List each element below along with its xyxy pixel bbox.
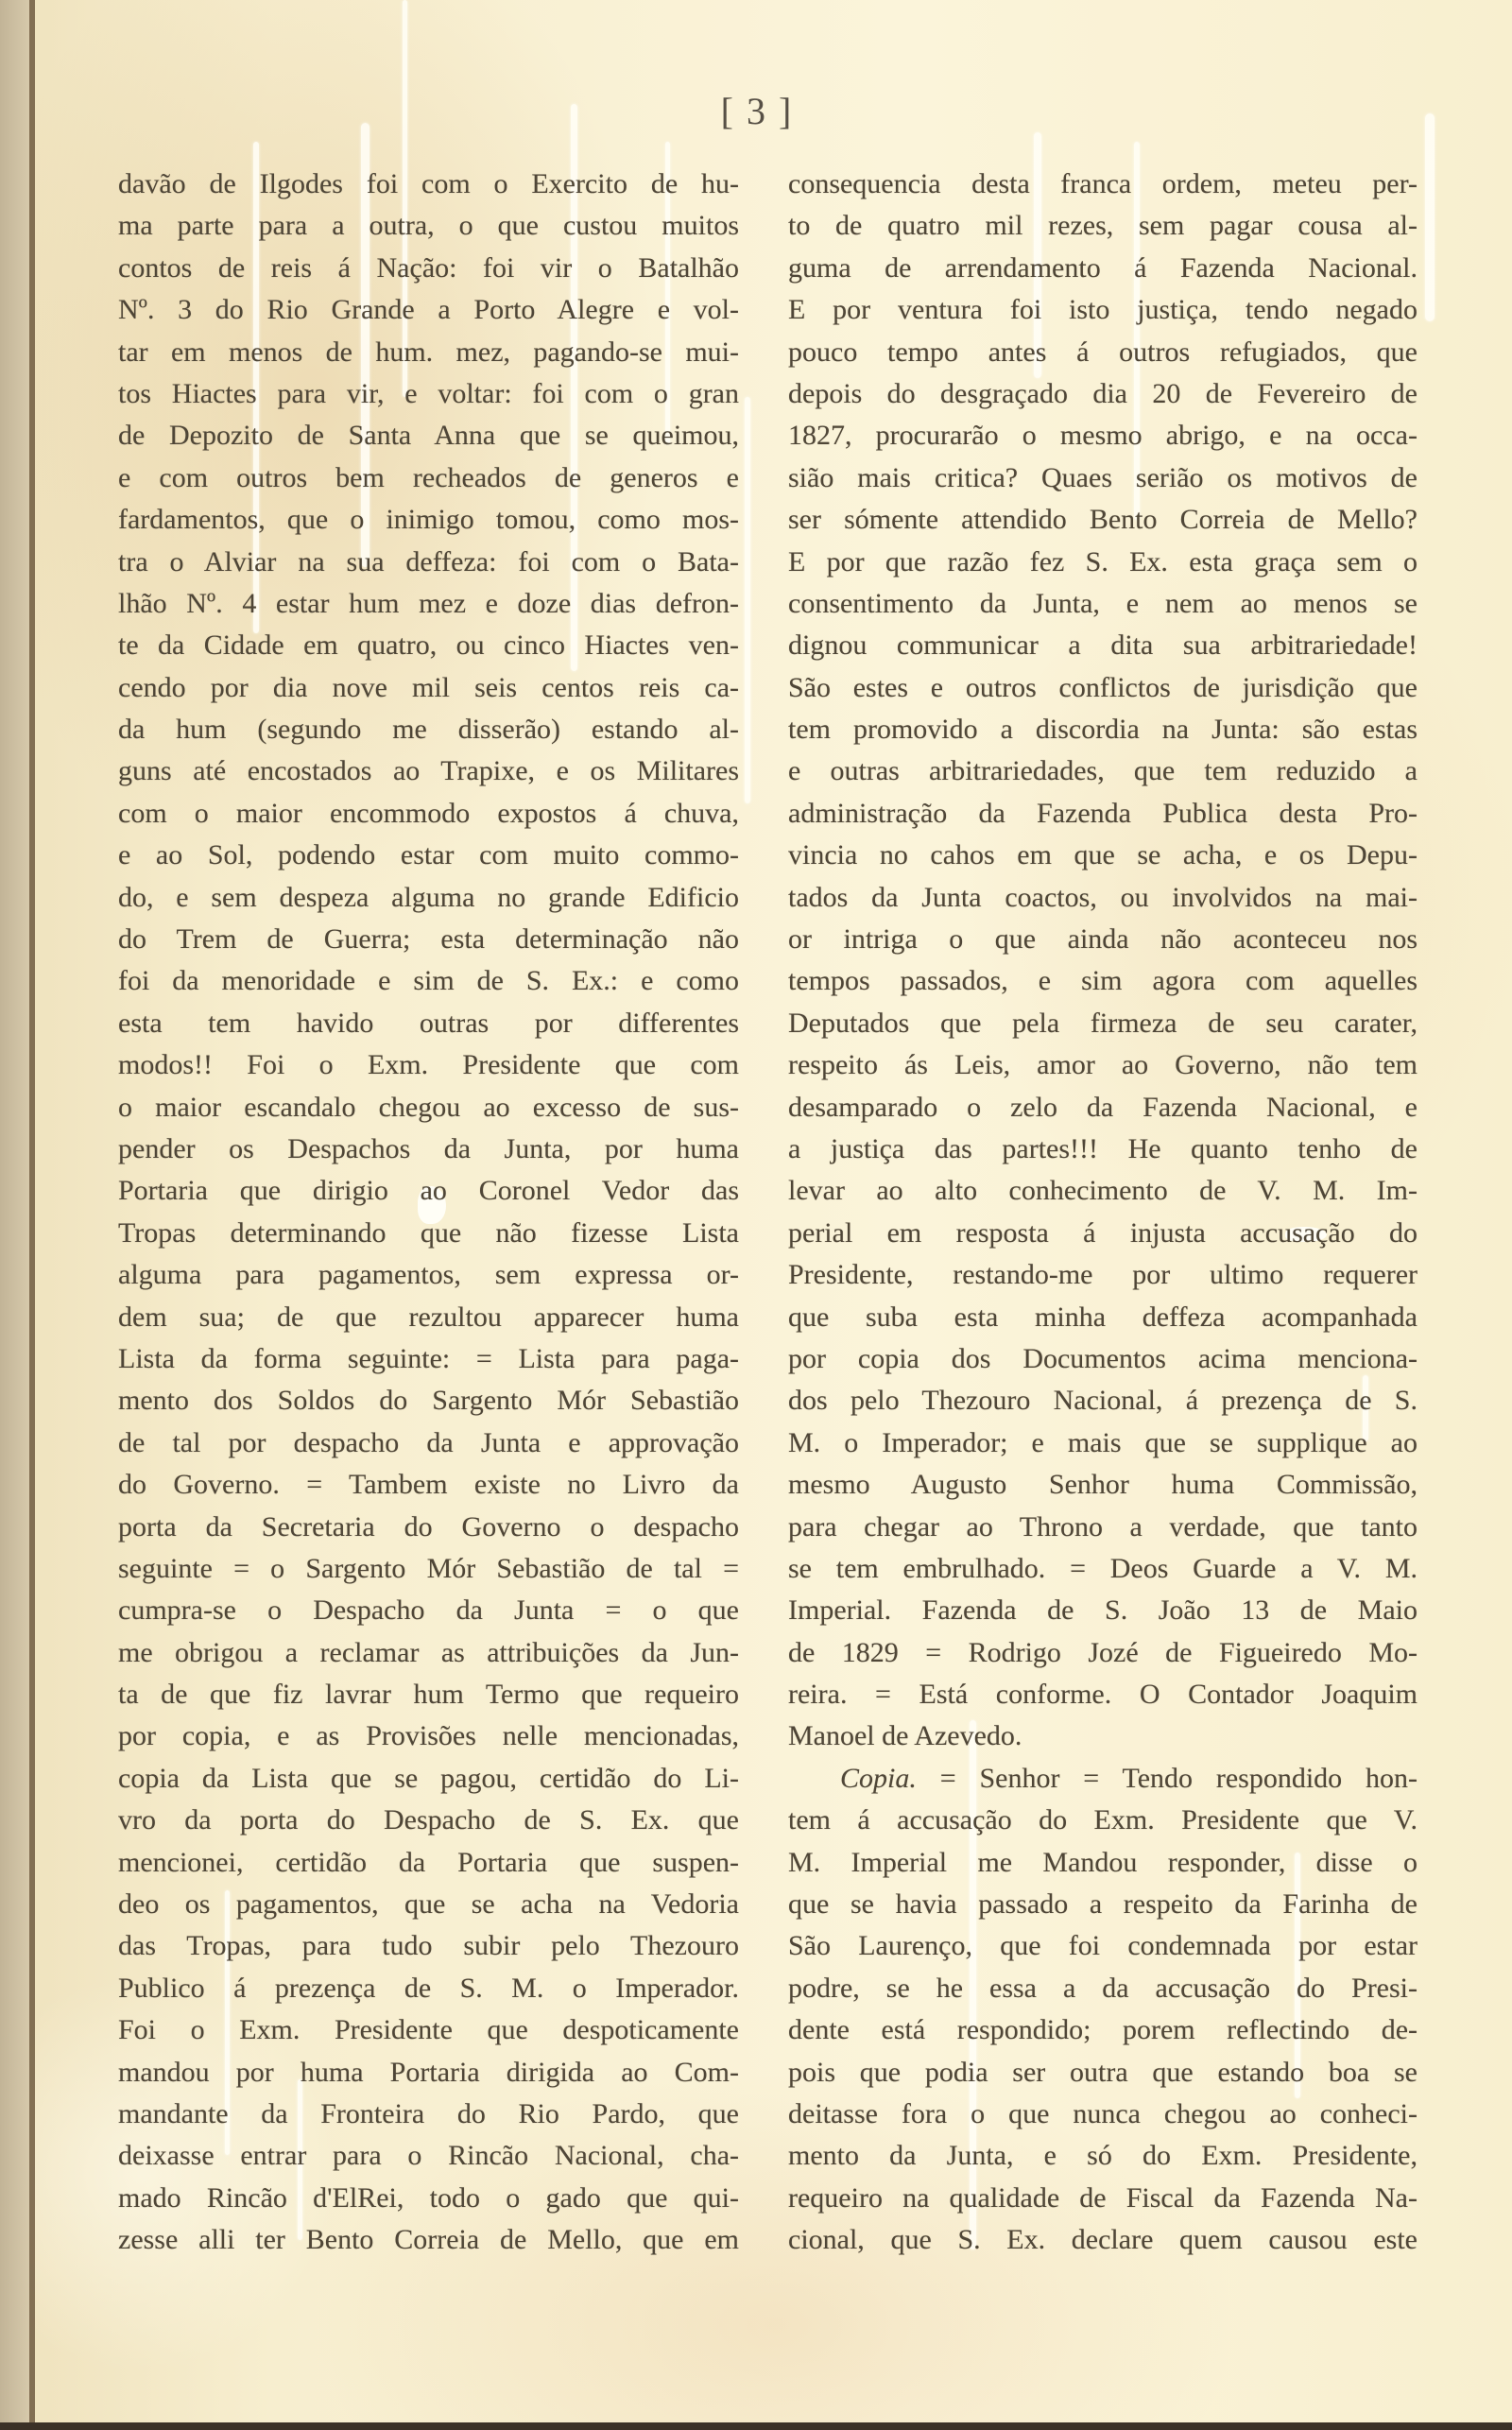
text-line: Nº. 3 do Rio Grande a Porto Alegre e vol… <box>118 289 739 331</box>
text-line: que suba esta minha deffeza acompanhada <box>788 1297 1417 1338</box>
text-line: mado Rincão d'ElRei, todo o gado que qui… <box>118 2178 739 2219</box>
text-line: consentimento da Junta, e nem ao menos s… <box>788 583 1417 625</box>
text-line: que se havia passado a respeito da Farin… <box>788 1884 1417 1925</box>
copia-text: = Senhor = Tendo respondido hon- <box>917 1763 1417 1794</box>
text-line: cumpra-se o Despacho da Junta = o que <box>118 1590 739 1631</box>
text-line: levar ao alto conhecimento de V. M. Im- <box>788 1170 1417 1212</box>
text-line: contos de reis á Nação: foi vir o Batalh… <box>118 248 739 289</box>
text-line: dignou communicar a dita sua arbitraried… <box>788 625 1417 666</box>
copia-paragraph-start: Copia. = Senhor = Tendo respondido hon- <box>788 1758 1417 1800</box>
text-line: tem promovido a discordia na Junta: são … <box>788 709 1417 750</box>
text-line: a justiça das partes!!! He quanto tenho … <box>788 1129 1417 1170</box>
water-damage-streak <box>1425 113 1435 321</box>
text-line: E por que razão fez S. Ex. esta graça se… <box>788 542 1417 583</box>
text-line: tempos passados, e sim agora com aquelle… <box>788 960 1417 1002</box>
text-line: São Laurenço, que foi condemnada por est… <box>788 1925 1417 1967</box>
text-line: copia da Lista que se pagou, certidão do… <box>118 1758 739 1800</box>
text-line: e ao Sol, podendo estar com muito commo- <box>118 835 739 876</box>
bottom-edge <box>0 2422 1512 2430</box>
text-line: Lista da forma seguinte: = Lista para pa… <box>118 1338 739 1380</box>
text-line: guns até encostados ao Trapixe, e os Mil… <box>118 750 739 792</box>
text-line: foi da menoridade e sim de S. Ex.: e com… <box>118 960 739 1002</box>
text-line: Foi o Exm. Presidente que despoticamente <box>118 2009 739 2051</box>
text-line: mandou por huma Portaria dirigida ao Com… <box>118 2052 739 2094</box>
text-line: mandante da Fronteira do Rio Pardo, que <box>118 2094 739 2135</box>
text-line: de 1829 = Rodrigo Jozé de Figueiredo Mo- <box>788 1632 1417 1674</box>
text-line: para chegar ao Throno a verdade, que tan… <box>788 1507 1417 1548</box>
text-line: ta de que fiz lavrar hum Termo que reque… <box>118 1674 739 1715</box>
text-line: reira. = Está conforme. O Contador Joaqu… <box>788 1674 1417 1715</box>
text-line: M. Imperial me Mandou responder, disse o <box>788 1842 1417 1884</box>
text-line: perial em resposta á injusta accusação d… <box>788 1213 1417 1254</box>
text-line: tos Hiactes para vir, e voltar: foi com … <box>118 373 739 415</box>
left-text-column: davão de Ilgodes foi com o Exercito de h… <box>118 164 739 2262</box>
text-line: te da Cidade em quatro, ou cinco Hiactes… <box>118 625 739 666</box>
text-line: e outras arbitrariedades, que tem reduzi… <box>788 750 1417 792</box>
text-line: Tropas determinando que não fizesse List… <box>118 1213 739 1254</box>
text-line: mencionei, certidão da Portaria que susp… <box>118 1842 739 1884</box>
text-line: guma de arrendamento á Fazenda Nacional. <box>788 248 1417 289</box>
right-text-column: consequencia desta franca ordem, meteu p… <box>788 164 1417 2262</box>
text-line: do Governo. = Tambem existe no Livro da <box>118 1464 739 1506</box>
text-line: porta da Secretaria do Governo o despach… <box>118 1507 739 1548</box>
text-line: deixasse entrar para o Rincão Nacional, … <box>118 2135 739 2177</box>
text-line: e com outros bem recheados de generos e <box>118 457 739 499</box>
text-line: lhão Nº. 4 estar hum mez e doze dias def… <box>118 583 739 625</box>
page-number: [ 3 ] <box>700 91 814 132</box>
text-line: deitasse fora o que nunca chegou ao conh… <box>788 2094 1417 2135</box>
text-line: 1827, procurarão o mesmo abrigo, e na oc… <box>788 415 1417 457</box>
signature-line: Manoel de Azevedo. <box>788 1715 1417 1757</box>
text-line: fardamentos, que o inimigo tomou, como m… <box>118 499 739 541</box>
text-line: se tem embrulhado. = Deos Guarde a V. M. <box>788 1548 1417 1590</box>
text-line: dente está respondido; porem reflectindo… <box>788 2009 1417 2051</box>
text-line: esta tem havido outras por differentes <box>118 1003 739 1044</box>
text-line: Portaria que dirigio ao Coronel Vedor da… <box>118 1170 739 1212</box>
text-line: mento da Junta, e só do Exm. Presidente, <box>788 2135 1417 2177</box>
text-line: o maior escandalo chegou ao excesso de s… <box>118 1087 739 1129</box>
text-line: com o maior encommodo expostos á chuva, <box>118 793 739 835</box>
water-damage-streak <box>745 397 750 803</box>
text-line: de Depozito de Santa Anna que se queimou… <box>118 415 739 457</box>
text-line: deo os pagamentos, que se acha na Vedori… <box>118 1884 739 1925</box>
text-line: to de quatro mil rezes, sem pagar cousa … <box>788 205 1417 247</box>
text-line: tar em menos de hum. mez, pagando-se mui… <box>118 332 739 373</box>
text-line: me obrigou a reclamar as attribuições da… <box>118 1632 739 1674</box>
text-line: zesse alli ter Bento Correia de Mello, q… <box>118 2219 739 2261</box>
text-line: por copia, e as Provisões nelle menciona… <box>118 1715 739 1757</box>
text-line: respeito ás Leis, amor ao Governo, não t… <box>788 1044 1417 1086</box>
text-line: requeiro na qualidade de Fiscal da Fazen… <box>788 2178 1417 2219</box>
text-line: alguma para pagamentos, sem expressa or- <box>118 1254 739 1296</box>
text-line: davão de Ilgodes foi com o Exercito de h… <box>118 164 739 205</box>
text-line: de tal por despacho da Junta e approvaçã… <box>118 1422 739 1464</box>
text-line: administração da Fazenda Publica desta P… <box>788 793 1417 835</box>
text-line: das Tropas, para tudo subir pelo Thezour… <box>118 1925 739 1967</box>
text-line: pouco tempo antes á outros refugiados, q… <box>788 332 1417 373</box>
text-line: Presidente, restando-me por ultimo reque… <box>788 1254 1417 1296</box>
text-line: M. o Imperador; e mais que se supplique … <box>788 1422 1417 1464</box>
text-line: do, e sem despeza alguma no grande Edifi… <box>118 877 739 919</box>
text-line: tem á accusação do Exm. Presidente que V… <box>788 1800 1417 1841</box>
binding-edge-line <box>29 0 35 2430</box>
text-line: dos pelo Thezouro Nacional, á prezença d… <box>788 1380 1417 1422</box>
text-line: pois que podia ser outra que estando boa… <box>788 2052 1417 2094</box>
text-line: consequencia desta franca ordem, meteu p… <box>788 164 1417 205</box>
text-line: E por ventura foi isto justiça, tendo ne… <box>788 289 1417 331</box>
text-line: podre, se he essa a da accusação do Pres… <box>788 1968 1417 2009</box>
text-line: ma parte para a outra, o que custou muit… <box>118 205 739 247</box>
text-line: Deputados que pela firmeza de seu carate… <box>788 1003 1417 1044</box>
text-line: pender os Despachos da Junta, por huma <box>118 1129 739 1170</box>
binding-edge <box>0 0 29 2430</box>
text-line: modos!! Foi o Exm. Presidente que com <box>118 1044 739 1086</box>
text-line: tra o Alviar na sua deffeza: foi com o B… <box>118 542 739 583</box>
text-line: da hum (segundo me disserão) estando al- <box>118 709 739 750</box>
text-line: vincia no cahos em que se acha, e os Dep… <box>788 835 1417 876</box>
text-line: dem sua; de que rezultou apparecer huma <box>118 1297 739 1338</box>
text-line: cional, que S. Ex. declare quem causou e… <box>788 2219 1417 2261</box>
text-line: Publico á prezença de S. M. o Imperador. <box>118 1968 739 2009</box>
scanned-page: [ 3 ] davão de Ilgodes foi com o Exercit… <box>0 0 1512 2430</box>
copia-label: Copia. <box>840 1763 917 1794</box>
text-line: do Trem de Guerra; esta determinação não <box>118 919 739 960</box>
text-line: depois do desgraçado dia 20 de Fevereiro… <box>788 373 1417 415</box>
text-line: Imperial. Fazenda de S. João 13 de Maio <box>788 1590 1417 1631</box>
text-line: tados da Junta coactos, ou involvidos na… <box>788 877 1417 919</box>
text-line: mento dos Soldos do Sargento Mór Sebasti… <box>118 1380 739 1422</box>
text-line: vro da porta do Despacho de S. Ex. que <box>118 1800 739 1841</box>
text-line: por copia dos Documentos acima menciona- <box>788 1338 1417 1380</box>
text-line: sião mais critica? Quaes serião os motiv… <box>788 457 1417 499</box>
text-line: seguinte = o Sargento Mór Sebastião de t… <box>118 1548 739 1590</box>
text-line: or intriga o que ainda não aconteceu nos <box>788 919 1417 960</box>
text-line: São estes e outros conflictos de jurisdi… <box>788 667 1417 709</box>
text-line: desamparado o zelo da Fazenda Nacional, … <box>788 1087 1417 1129</box>
text-line: cendo por dia nove mil seis centos reis … <box>118 667 739 709</box>
text-line: mesmo Augusto Senhor huma Commissão, <box>788 1464 1417 1506</box>
text-line: ser sómente attendido Bento Correia de M… <box>788 499 1417 541</box>
